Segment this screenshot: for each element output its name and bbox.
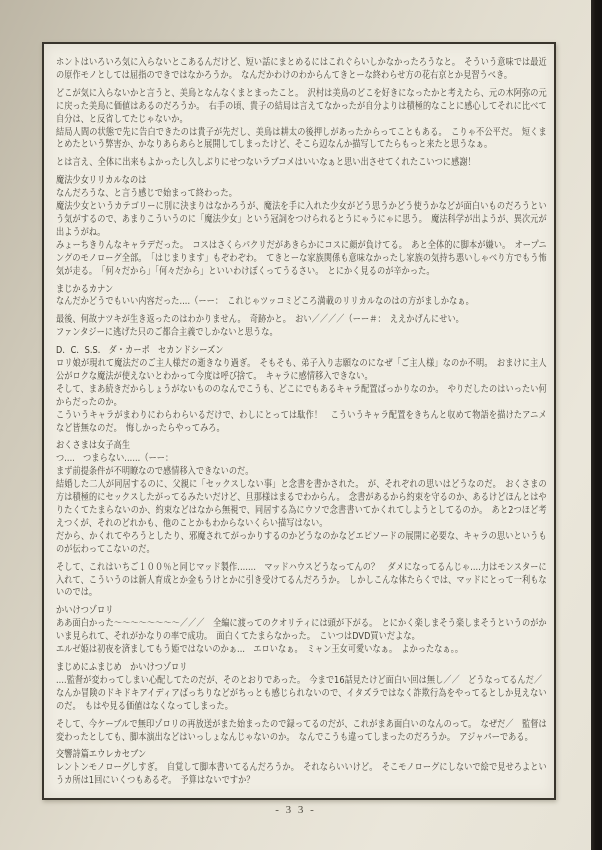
text-block: まじかるカナンなんだかどうでもいい内容だった....（ーー： これじゃツッコミど…: [56, 284, 547, 310]
text-line: そして、今ケーブルで無印ゾロリの再放送がまた始まったので録ってるのだが、これがま…: [56, 719, 547, 745]
text-block: そして、これはいちご１００％と同じマッド製作....... マッドハウスどうなっ…: [56, 562, 547, 601]
text-line: とは言え、全体に出来もよかったし久しぶりにせつないラブコメはいいなぁと思い出させ…: [56, 157, 547, 170]
text-block: 魔法少女リリカルなのはなんだろうな、と言う感じで始まって終わった。魔法少女という…: [56, 175, 547, 278]
text-line: ....監督が変わってしまい心配してたのだが、そのとおりであった。 今まで16話…: [56, 675, 547, 688]
text-block: ホントはいろいろ気に入らないとこあるんだけど、短い話にまとめるにはこれぐらいしか…: [56, 57, 547, 83]
text-line: 最後、何故ナツキが生き返ったのはわかりません。 奇跡かと。 おい／／／／（ーー＃…: [56, 314, 547, 327]
text-block: どこが気に入らないかと言うと、美鳥となんなくまとまったこと。 沢村は美鳥のどこを…: [56, 88, 547, 153]
section-title: まじめにふまじめ かいけつゾロリ: [56, 662, 547, 675]
text-block: おくさまは女子高生つ.... つまらない......（ーー：まず前提条件が不明瞭…: [56, 440, 547, 556]
text-line: どこが気に入らないかと言うと、美鳥となんなくまとまったこと。 沢村は美鳥のどこを…: [56, 88, 547, 127]
section-title: まじかるカナン: [56, 284, 547, 297]
text-line: まず前提条件が不明瞭なので感情移入できないのだ。: [56, 466, 547, 479]
section-title: D．C．S.S. ダ・カーポ セカンドシーズン: [56, 345, 547, 358]
text-block: 最後、何故ナツキが生き返ったのはわかりません。 奇跡かと。 おい／／／／（ーー＃…: [56, 314, 547, 340]
text-line: みょーちきりんなキャラデだった。 コスはさくらパクリだがあきらかにコスに顔が負け…: [56, 240, 547, 279]
section-title: 交響詩篇エウレカセブン: [56, 749, 547, 762]
text-block: 交響詩篇エウレカセブンレントンモノローグしすぎ。 自覚して脚本書いてるんだろうか…: [56, 749, 547, 788]
text-line: ああ面白かった～～～～～～～～／／／ 全編に渡ってのクオリティには頭が下がる。 …: [56, 618, 547, 644]
document-text: ホントはいろいろ気に入らないとこあるんだけど、短い話にまとめるにはこれぐらいしか…: [56, 57, 547, 788]
text-line: ホントはいろいろ気に入らないとこあるんだけど、短い話にまとめるにはこれぐらいしか…: [56, 57, 547, 83]
text-line: エルゼ姫は初夜を済ましてもう姫ではないのかぁ... エロいなぁ。 ミャン王女可愛…: [56, 644, 547, 657]
scanned-fanzine-page: { "page": { "page_number": "- 3 3 -" }, …: [0, 0, 602, 850]
text-block: とは言え、全体に出来もよかったし久しぶりにせつないラブコメはいいなぁと思い出させ…: [56, 157, 547, 170]
text-line: ファンタジーに逃げた只のご都合主義でしかないと思うな。: [56, 327, 547, 340]
text-block: そして、今ケーブルで無印ゾロリの再放送がまた始まったので録ってるのだが、これがま…: [56, 719, 547, 745]
text-line: そして、これはいちご１００％と同じマッド製作....... マッドハウスどうなっ…: [56, 562, 547, 601]
text-line: 結婚した二人が同居するのに、父親に「セックスしない事」と念書を書かされた。 が、…: [56, 479, 547, 531]
scan-edge-band: [591, 0, 602, 850]
text-line: そして、まあ続きだからしょうがないもののなんでこうも、どこにでもあるキャラ配置ば…: [56, 384, 547, 410]
text-block: かいけつゾロリああ面白かった～～～～～～～～／／／ 全編に渡ってのクオリティには…: [56, 605, 547, 657]
text-line: なんか冒険のドキドキアイディアばっちりなどがちっとも感じられないので、イタズラで…: [56, 688, 547, 714]
section-title: 魔法少女リリカルなのは: [56, 175, 547, 188]
text-line: なんだろうな、と言う感じで始まって終わった。: [56, 188, 547, 201]
text-line: ロリ娘が現れて魔法だのご主人様だの逝きなり過ぎ。 そもそも、弟子入り志願なのにな…: [56, 358, 547, 384]
text-line: だから、かくれてやろうとしたり、邪魔されてがっかりするのかどうなのかなどエピソー…: [56, 531, 547, 557]
text-block: まじめにふまじめ かいけつゾロリ....監督が変わってしまい心配してたのだが、そ…: [56, 662, 547, 714]
page-frame: ホントはいろいろ気に入らないとこあるんだけど、短い話にまとめるにはこれぐらいしか…: [42, 42, 556, 800]
text-line: 魔法少女というカテゴリーに別に決まりはなかろうが、魔法を手に入れた少女がどう思う…: [56, 201, 547, 240]
text-line: 結局人間の状態で先に告白できたのは貴子が先だし、美鳥は耕太の後押しがあったからっ…: [56, 127, 547, 153]
page-number: - 3 3 -: [0, 804, 591, 816]
text-line: レントンモノローグしすぎ。 自覚して脚本書いてるんだろうか。 それならいいけど。…: [56, 762, 547, 788]
text-line: こういうキャラがまわりにわらわらいるだけで、わしにとっては駄作！ こういうキャラ…: [56, 410, 547, 436]
text-line: つ.... つまらない......（ーー：: [56, 453, 547, 466]
text-line: なんだかどうでもいい内容だった....（ーー： これじゃツッコミどころ満載のリリ…: [56, 296, 547, 309]
section-title: かいけつゾロリ: [56, 605, 547, 618]
text-block: D．C．S.S. ダ・カーポ セカンドシーズンロリ娘が現れて魔法だのご主人様だの…: [56, 345, 547, 435]
section-title: おくさまは女子高生: [56, 440, 547, 453]
